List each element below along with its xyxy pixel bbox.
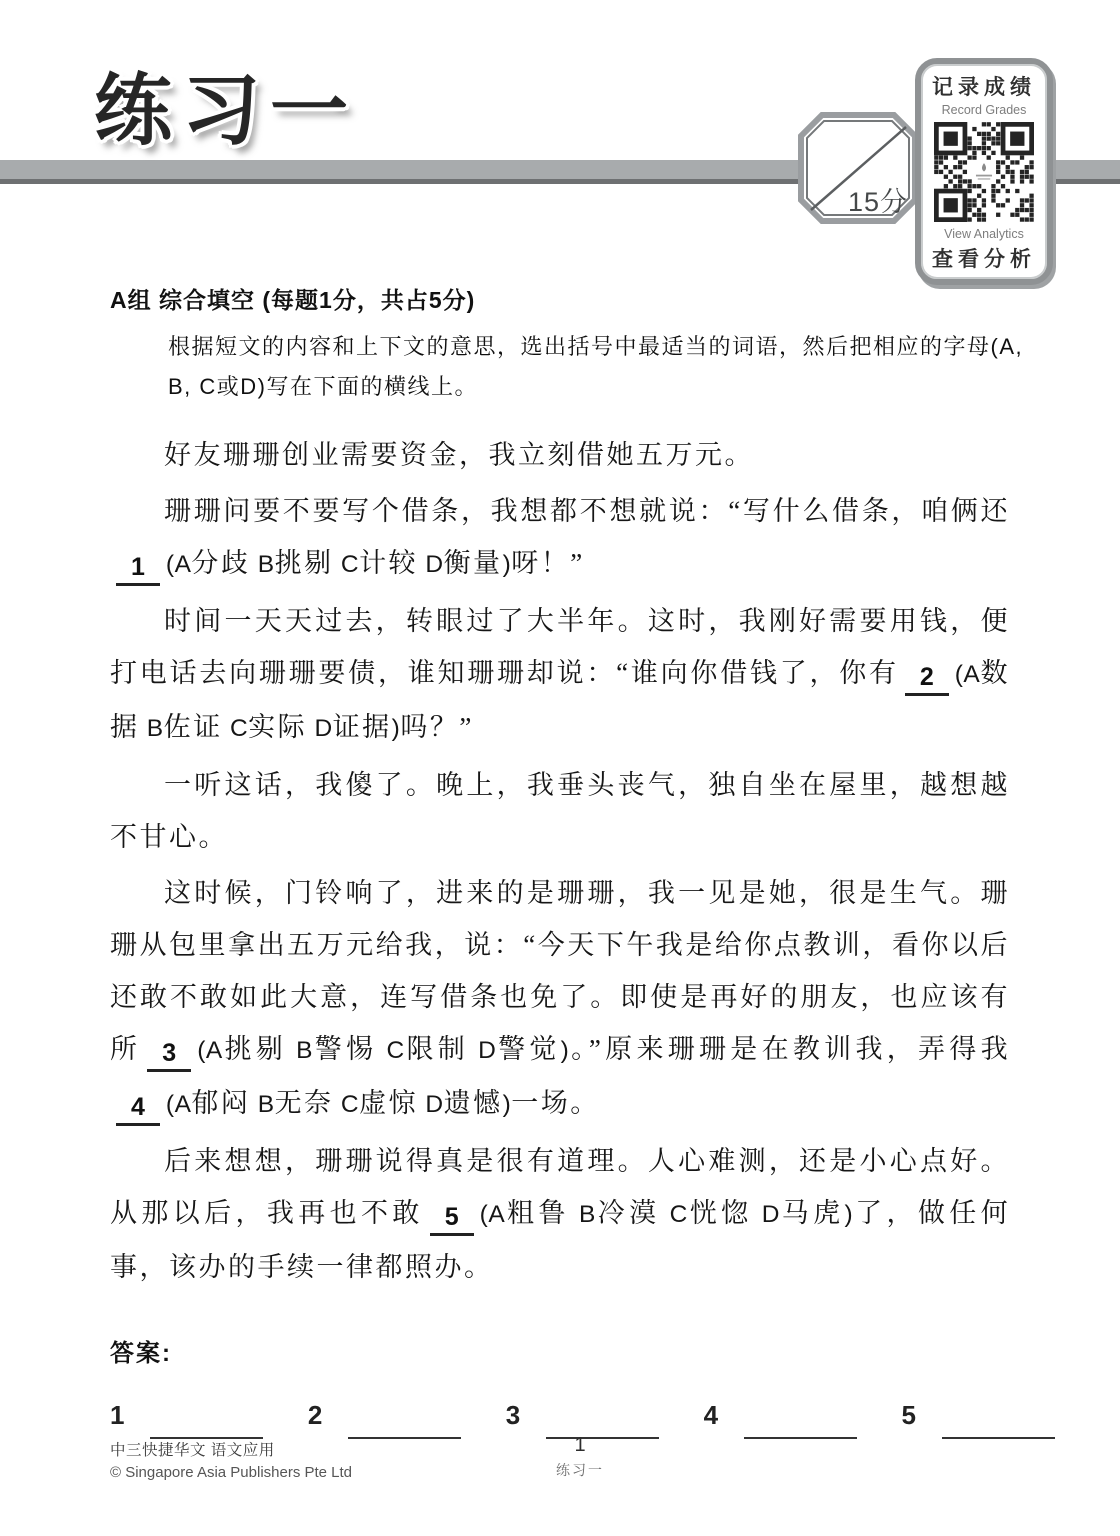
latin-text: D <box>307 715 333 742</box>
answer-number: 2 <box>308 1400 322 1431</box>
qr-code <box>934 122 1034 222</box>
qr-top-label-cn: 记录成绩 <box>932 71 1036 101</box>
answers-heading: 答案: <box>110 1333 1055 1368</box>
score-box: 15分 <box>798 112 918 229</box>
latin-text: (A <box>955 661 981 688</box>
fill-blank-1[interactable]: 1 <box>116 555 160 586</box>
story-paragraph: 一听这话，我傻了。晚上，我垂头丧气，独自坐在屋里，越想越不甘心。 <box>110 759 1010 863</box>
fill-blank-2[interactable]: 2 <box>905 665 949 696</box>
fill-blank-3[interactable]: 3 <box>147 1041 191 1072</box>
footer-book-title: 中三快捷华文 语文应用 <box>110 1438 352 1460</box>
story-paragraph: 后来想想，珊珊说得真是很有道理。人心难测，还是小心点好。从那以后，我再也不敢5(… <box>110 1135 1010 1293</box>
answers-section: 答案: 12345 <box>110 1333 1055 1431</box>
answer-item-1: 1 <box>110 1400 263 1431</box>
answer-blank-line-5[interactable] <box>942 1413 1055 1439</box>
qr-card: 记录成绩 Record Grades View Analytics 查看分析 <box>915 58 1053 285</box>
latin-text: ) <box>561 1037 570 1064</box>
latin-text: D <box>418 1091 444 1118</box>
latin-text: B <box>570 1201 596 1228</box>
latin-text: ) <box>845 1201 854 1228</box>
footer-center: 1 练习一 <box>500 1434 660 1480</box>
story: 好友珊珊创业需要资金，我立刻借她五万元。珊珊问要不要写个借条，我想都不想就说：“… <box>110 429 1010 1293</box>
fill-blank-4[interactable]: 4 <box>116 1095 160 1126</box>
story-paragraph: 珊珊问要不要写个借条，我想都不想就说：“写什么借条，咱俩还1(A分歧 B挑剔 C… <box>110 485 1010 591</box>
answer-blank-line-4[interactable] <box>744 1413 857 1439</box>
story-paragraph: 时间一天天过去，转眼过了大半年。这时，我刚好需要用钱，便打电话去向珊珊要债，谁知… <box>110 595 1010 755</box>
story-paragraph: 这时候，门铃响了，进来的是珊珊，我一见是她，很是生气。珊珊从包里拿出五万元给我，… <box>110 867 1010 1131</box>
latin-text: (A <box>480 1201 506 1228</box>
latin-text: B <box>250 551 274 578</box>
page-title: 练习一 <box>94 48 358 160</box>
qr-bottom-label-en: View Analytics <box>944 227 1024 241</box>
main-content: A组 综合填空 (每题1分，共占5分) 根据短文的内容和上下文的意思，选出括号中… <box>110 282 1055 1431</box>
latin-text: (A <box>166 1091 192 1118</box>
latin-text: B <box>287 1037 313 1064</box>
page-number: 1 <box>500 1434 660 1457</box>
answer-number: 4 <box>704 1400 718 1431</box>
latin-text: C <box>223 715 249 742</box>
answer-blank-line-2[interactable] <box>348 1413 461 1439</box>
latin-text: C <box>334 551 360 578</box>
latin-text: C <box>334 1091 360 1118</box>
latin-text: D <box>753 1201 780 1228</box>
latin-text: B <box>250 1091 274 1118</box>
latin-text: (A <box>197 1037 223 1064</box>
latin-text: D <box>469 1037 496 1064</box>
latin-text: (A <box>166 551 192 578</box>
qr-bottom-label-cn: 查看分析 <box>932 243 1036 273</box>
latin-text: ) <box>503 551 512 578</box>
latin-text: C <box>377 1037 404 1064</box>
answer-number: 3 <box>506 1400 520 1431</box>
latin-text: B <box>140 715 164 742</box>
score-label: 15分 <box>848 187 908 217</box>
answer-blank-line-1[interactable] <box>150 1413 263 1439</box>
qr-top-label-en: Record Grades <box>942 103 1027 117</box>
latin-text: D <box>418 551 444 578</box>
footer-left: 中三快捷华文 语文应用 © Singapore Asia Publishers … <box>110 1438 352 1481</box>
answer-item-4: 4 <box>704 1400 857 1431</box>
section-heading: A组 综合填空 (每题1分，共占5分) <box>110 282 1055 315</box>
answer-item-5: 5 <box>902 1400 1055 1431</box>
worksheet-page: 练习一 15分 记录成绩 Record Grades View Analytic… <box>0 0 1120 1536</box>
footer-publisher: © Singapore Asia Publishers Pte Ltd <box>110 1464 352 1481</box>
answer-item-3: 3 <box>506 1400 659 1431</box>
answers-row: 12345 <box>110 1400 1055 1431</box>
story-paragraph: 好友珊珊创业需要资金，我立刻借她五万元。 <box>110 429 1010 481</box>
page-footer-label: 练习一 <box>500 1460 660 1480</box>
fill-blank-5[interactable]: 5 <box>430 1205 474 1236</box>
section-instructions: 根据短文的内容和上下文的意思，选出括号中最适当的词语，然后把相应的字母(A, B… <box>168 327 1052 407</box>
latin-text: C <box>660 1201 687 1228</box>
latin-text: ) <box>503 1091 512 1118</box>
answer-number: 5 <box>902 1400 916 1431</box>
answer-item-2: 2 <box>308 1400 461 1431</box>
score-octagon-icon: 15分 <box>798 112 918 224</box>
answer-number: 1 <box>110 1400 124 1431</box>
latin-text: ) <box>392 715 401 742</box>
